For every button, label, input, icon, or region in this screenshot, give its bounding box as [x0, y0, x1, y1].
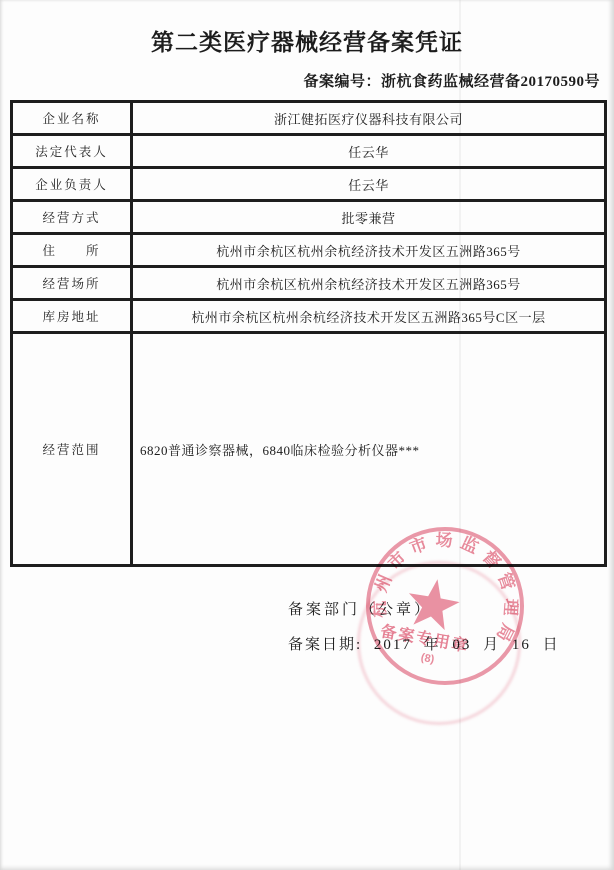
row-value: 杭州市余杭区杭州余杭经济技术开发区五洲路365号 — [132, 267, 606, 300]
filing-number: 备案编号：浙杭食药监械经营备20170590号 — [303, 70, 600, 91]
row-value: 任云华 — [132, 135, 606, 168]
row-label: 经营场所 — [12, 267, 132, 300]
table-row-warehouse-address: 库房地址 杭州市余杭区杭州余杭经济技术开发区五洲路365号C区一层 — [12, 300, 606, 333]
certificate-page: 第二类医疗器械经营备案凭证 备案编号：浙杭食药监械经营备20170590号 企业… — [0, 0, 614, 870]
seal-star-icon — [404, 575, 463, 632]
table-row-legal-representative: 法定代表人 任云华 — [12, 135, 606, 168]
row-label: 法定代表人 — [12, 135, 132, 168]
certificate-table: 企业名称 浙江健拓医疗仪器科技有限公司 法定代表人 任云华 企业负责人 任云华 … — [10, 100, 607, 567]
row-label: 库房地址 — [12, 300, 132, 333]
table-row-residence: 住 所 杭州市余杭区杭州余杭经济技术开发区五洲路365号 — [12, 234, 606, 267]
row-label: 经营方式 — [12, 201, 132, 234]
official-seal: 杭州市市场监督管理局 备案专用章 (8) — [350, 511, 540, 701]
row-label: 企业名称 — [12, 102, 132, 135]
row-label: 企业负责人 — [12, 168, 132, 201]
table-row-company-head: 企业负责人 任云华 — [12, 168, 606, 201]
page-title: 第二类医疗器械经营备案凭证 — [0, 24, 614, 57]
row-label: 住 所 — [12, 234, 132, 267]
row-value: 浙江健拓医疗仪器科技有限公司 — [132, 102, 606, 135]
row-label: 经营范围 — [12, 333, 132, 566]
seal-number: (8) — [420, 652, 436, 666]
row-value: 任云华 — [132, 168, 606, 201]
row-value: 杭州市余杭区杭州余杭经济技术开发区五洲路365号C区一层 — [132, 300, 606, 333]
row-value: 批零兼营 — [132, 201, 606, 234]
seal-center-text: 备案专用章 — [379, 621, 471, 655]
table-row-company-name: 企业名称 浙江健拓医疗仪器科技有限公司 — [12, 102, 606, 135]
table-row-business-mode: 经营方式 批零兼营 — [12, 201, 606, 234]
row-value: 杭州市余杭区杭州余杭经济技术开发区五洲路365号 — [132, 234, 606, 267]
table-row-business-premises: 经营场所 杭州市余杭区杭州余杭经济技术开发区五洲路365号 — [12, 267, 606, 300]
